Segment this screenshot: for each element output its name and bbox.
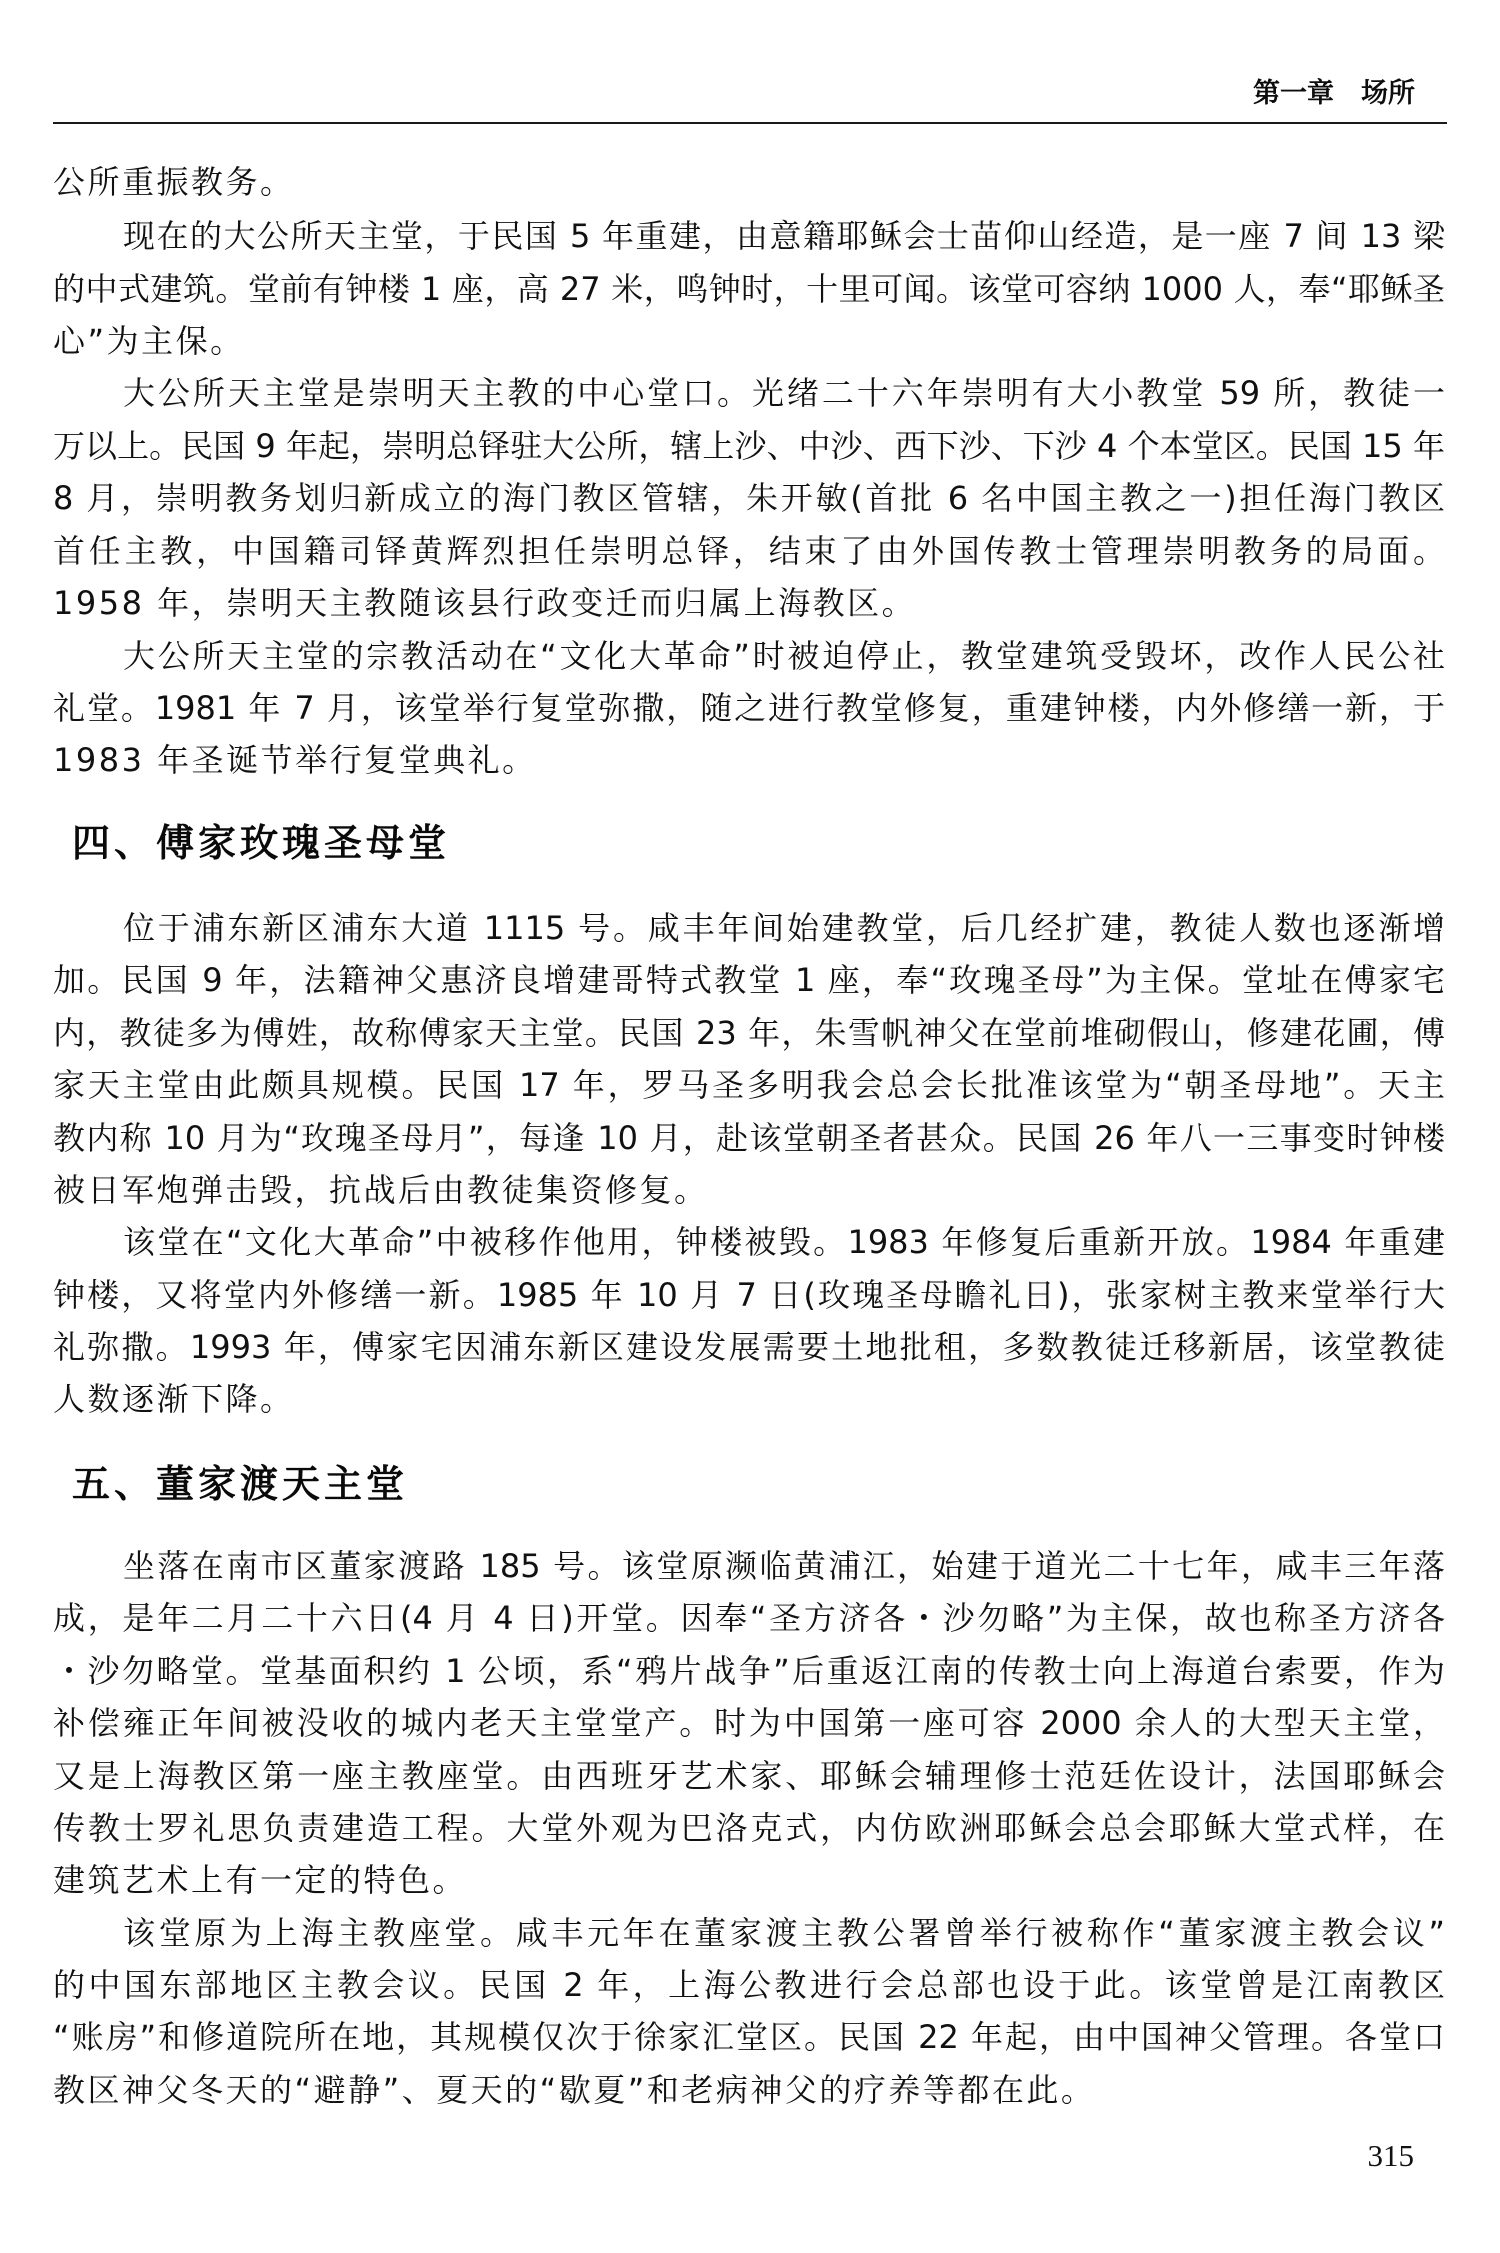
text-line: 人数逐渐下降。 [53,1373,1445,1425]
text-line: 万以上。民国 9 年起，崇明总铎驻大公所，辖上沙、中沙、西下沙、下沙 4 个本堂… [53,420,1445,472]
text-line: 大公所天主堂是崇明天主教的中心堂口。光绪二十六年崇明有大小教堂 59 所，教徒一 [53,367,1445,419]
text-line: 1958 年，崇明天主教随该县行政变迁而归属上海教区。 [53,577,1445,629]
text-line: 又是上海教区第一座主教座堂。由西班牙艺术家、耶稣会辅理修士范廷佐设计，法国耶稣会 [53,1750,1445,1802]
text-line: “账房”和修道院所在地，其规模仅次于徐家汇堂区。民国 22 年起，由中国神父管理… [53,2011,1445,2063]
text-line: 该堂原为上海主教座堂。咸丰元年在董家渡主教公署曾举行被称作“董家渡主教会议” [53,1907,1445,1959]
text-line: 坐落在南市区董家渡路 185 号。该堂原濒临黄浦江，始建于道光二十七年，咸丰三年… [53,1540,1445,1592]
text-line: 该堂在“文化大革命”中被移作他用，钟楼被毁。1983 年修复后重新开放。1984… [53,1216,1445,1268]
text-line: 首任主教，中国籍司铎黄辉烈担任崇明总铎，结束了由外国传教士管理崇明教务的局面。 [53,525,1445,577]
text-line: 被日军炮弹击毁，抗战后由教徒集资修复。 [53,1164,1445,1216]
text-line: 建筑艺术上有一定的特色。 [53,1854,1445,1906]
text-line: 的中国东部地区主教会议。民国 2 年，上海公教进行会总部也设于此。该堂曾是江南教… [53,1959,1445,2011]
running-head-chapter-title: 第一章 场所 [1180,76,1415,112]
text-line: 加。民国 9 年，法籍神父惠济良增建哥特式教堂 1 座，奉“玫瑰圣母”为主保。堂… [53,954,1445,1006]
text-line: ・沙勿略堂。堂基面积约 1 公顷，系“鸦片战争”后重返江南的传教士向上海道台索要… [53,1645,1445,1697]
text-line: 内，教徒多为傅姓，故称傅家天主堂。民国 23 年，朱雪帆神父在堂前堆砌假山，修建… [53,1007,1445,1059]
text-line: 位于浦东新区浦东大道 1115 号。咸丰年间始建教堂，后几经扩建，教徒人数也逐渐… [53,902,1445,954]
text-line: 教内称 10 月为“玫瑰圣母月”，每逢 10 月，赴该堂朝圣者甚众。民国 26 … [53,1112,1445,1164]
text-line: 8 月，崇明教务划归新成立的海门教区管辖，朱开敏(首批 6 名中国主教之一)担任… [53,472,1445,524]
text-line: 礼堂。1981 年 7 月，该堂举行复堂弥撒，随之进行教堂修复，重建钟楼，内外修… [53,682,1445,734]
text-line: 礼弥撒。1993 年，傅家宅因浦东新区建设发展需要土地批租，多数教徒迁移新居，该… [53,1321,1445,1373]
section-heading-fujia-rosary-church: 四、傅家玫瑰圣母堂 [72,819,772,867]
text-line: 成，是年二月二十六日(4 月 4 日)开堂。因奉“圣方济各・沙勿略”为主保，故也… [53,1592,1445,1644]
text-line: 补偿雍正年间被没收的城内老天主堂堂产。时为中国第一座可容 2000 余人的大型天… [53,1697,1445,1749]
text-line: 大公所天主堂的宗教活动在“文化大革命”时被迫停止，教堂建筑受毁坏，改作人民公社 [53,630,1445,682]
text-line: 心”为主保。 [53,315,1445,367]
book-page: 第一章 场所 公所重振教务。 现在的大公所天主堂，于民国 5 年重建，由意籍耶稣… [0,0,1500,2253]
text-line: 钟楼，又将堂内外修缮一新。1985 年 10 月 7 日(玫瑰圣母瞻礼日)，张家… [53,1269,1445,1321]
header-rule [53,122,1447,124]
text-line: 公所重振教务。 [53,156,1445,208]
text-line: 教区神父冬天的“避静”、夏天的“歇夏”和老病神父的疗养等都在此。 [53,2064,1445,2116]
text-line: 家天主堂由此颇具规模。民国 17 年，罗马圣多明我会总会长批准该堂为“朝圣母地”… [53,1059,1445,1111]
section-heading-dongjiadu-church: 五、董家渡天主堂 [72,1460,772,1508]
text-line: 传教士罗礼思负责建造工程。大堂外观为巴洛克式，内仿欧洲耶稣会总会耶稣大堂式样，在 [53,1802,1445,1854]
page-number: 315 [1350,2138,1414,2174]
text-line: 现在的大公所天主堂，于民国 5 年重建，由意籍耶稣会士苗仰山经造，是一座 7 间… [53,210,1445,262]
text-line: 的中式建筑。堂前有钟楼 1 座，高 27 米，鸣钟时，十里可闻。该堂可容纳 10… [53,263,1445,315]
text-line: 1983 年圣诞节举行复堂典礼。 [53,734,1445,786]
